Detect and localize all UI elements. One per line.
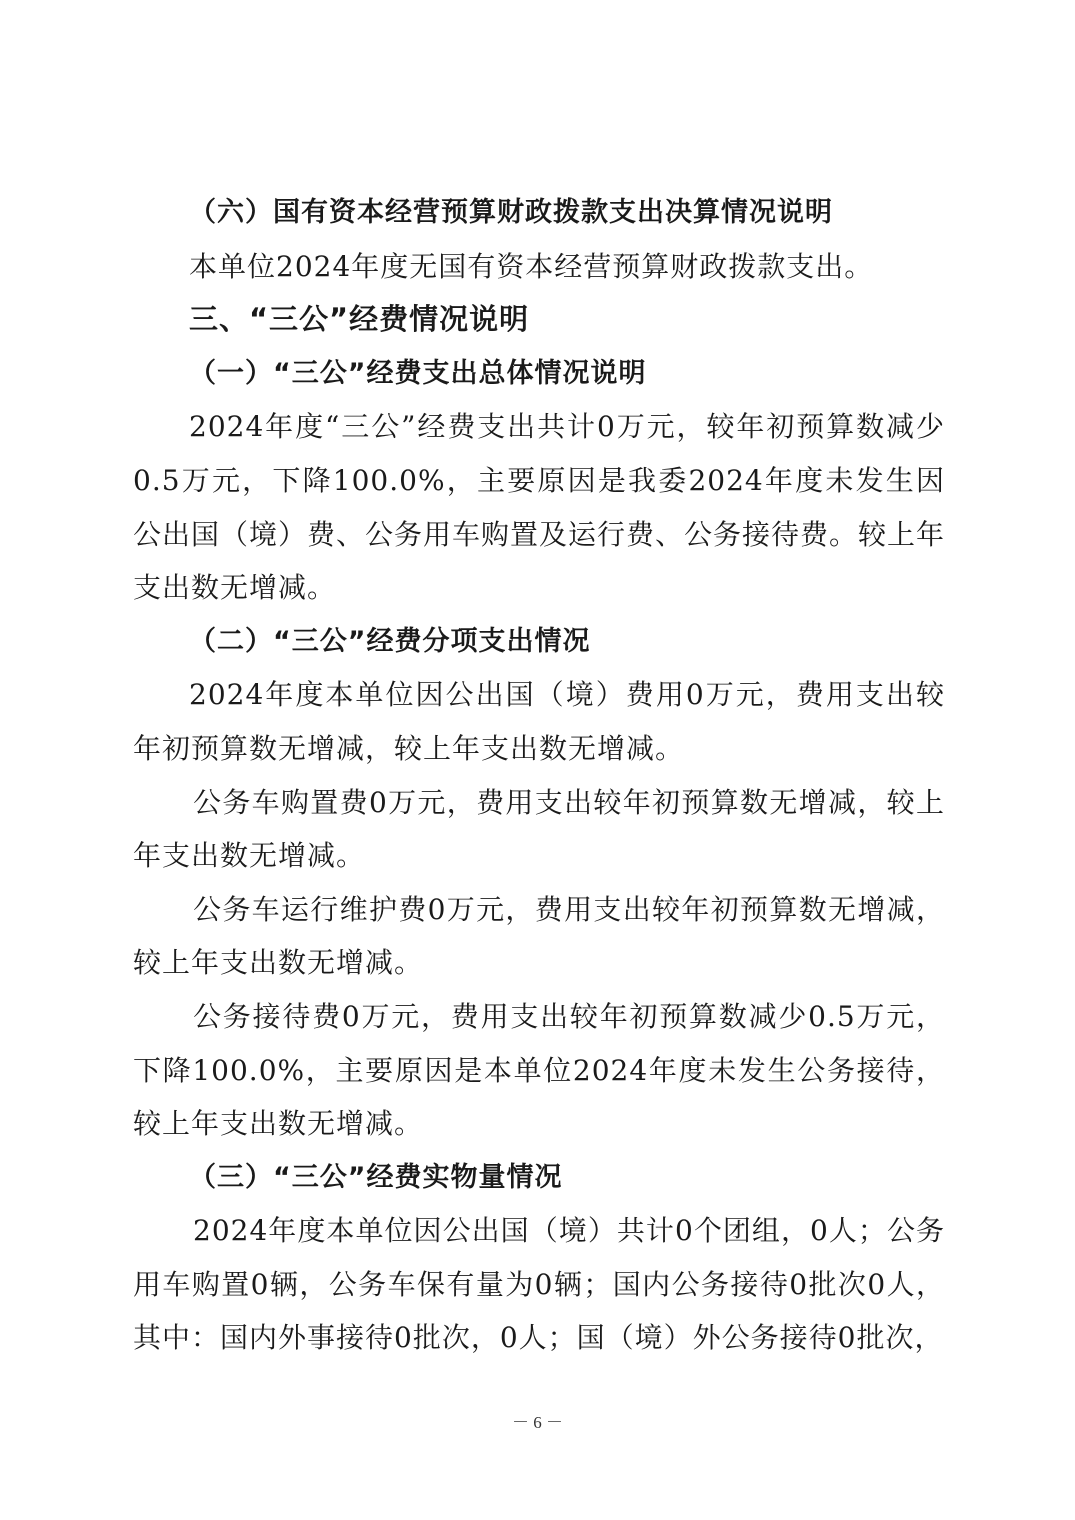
heading-three-public-expenses: 三、“三公”经费情况说明 <box>133 293 945 347</box>
heading-physical-quantity: （三）“三公”经费实物量情况 <box>133 1151 945 1205</box>
paragraph-vehicle-purchase: 公务车购置费0万元，费用支出较年初预算数无增减，较上年支出数无增减。 <box>133 776 945 883</box>
document-page: （六）国有资本经营预算财政拨款支出决算情况说明 本单位2024年度无国有资本经营… <box>133 186 945 1365</box>
heading-itemized-expenses: （二）“三公”经费分项支出情况 <box>133 615 945 669</box>
paragraph-state-capital-none: 本单位2024年度无国有资本经营预算财政拨款支出。 <box>133 240 945 294</box>
heading-state-capital-budget: （六）国有资本经营预算财政拨款支出决算情况说明 <box>133 186 945 240</box>
paragraph-overseas-travel: 2024年度本单位因公出国（境）费用0万元，费用支出较年初预算数无增减，较上年支… <box>133 668 945 775</box>
paragraph-reception: 公务接待费0万元，费用支出较年初预算数减少0.5万元，下降100.0%，主要原因… <box>133 990 945 1151</box>
heading-overall-expenses: （一）“三公”经费支出总体情况说明 <box>133 347 945 401</box>
paragraph-vehicle-maintenance: 公务车运行维护费0万元，费用支出较年初预算数无增减，较上年支出数无增减。 <box>133 883 945 990</box>
page-number: － 6 － <box>0 1408 1075 1433</box>
paragraph-overall-expenses: 2024年度“三公”经费支出共计0万元，较年初预算数减少0.5万元，下降100.… <box>133 400 945 614</box>
paragraph-physical-quantity: 2024年度本单位因公出国（境）共计0个团组，0人；公务用车购置0辆，公务车保有… <box>133 1204 945 1365</box>
